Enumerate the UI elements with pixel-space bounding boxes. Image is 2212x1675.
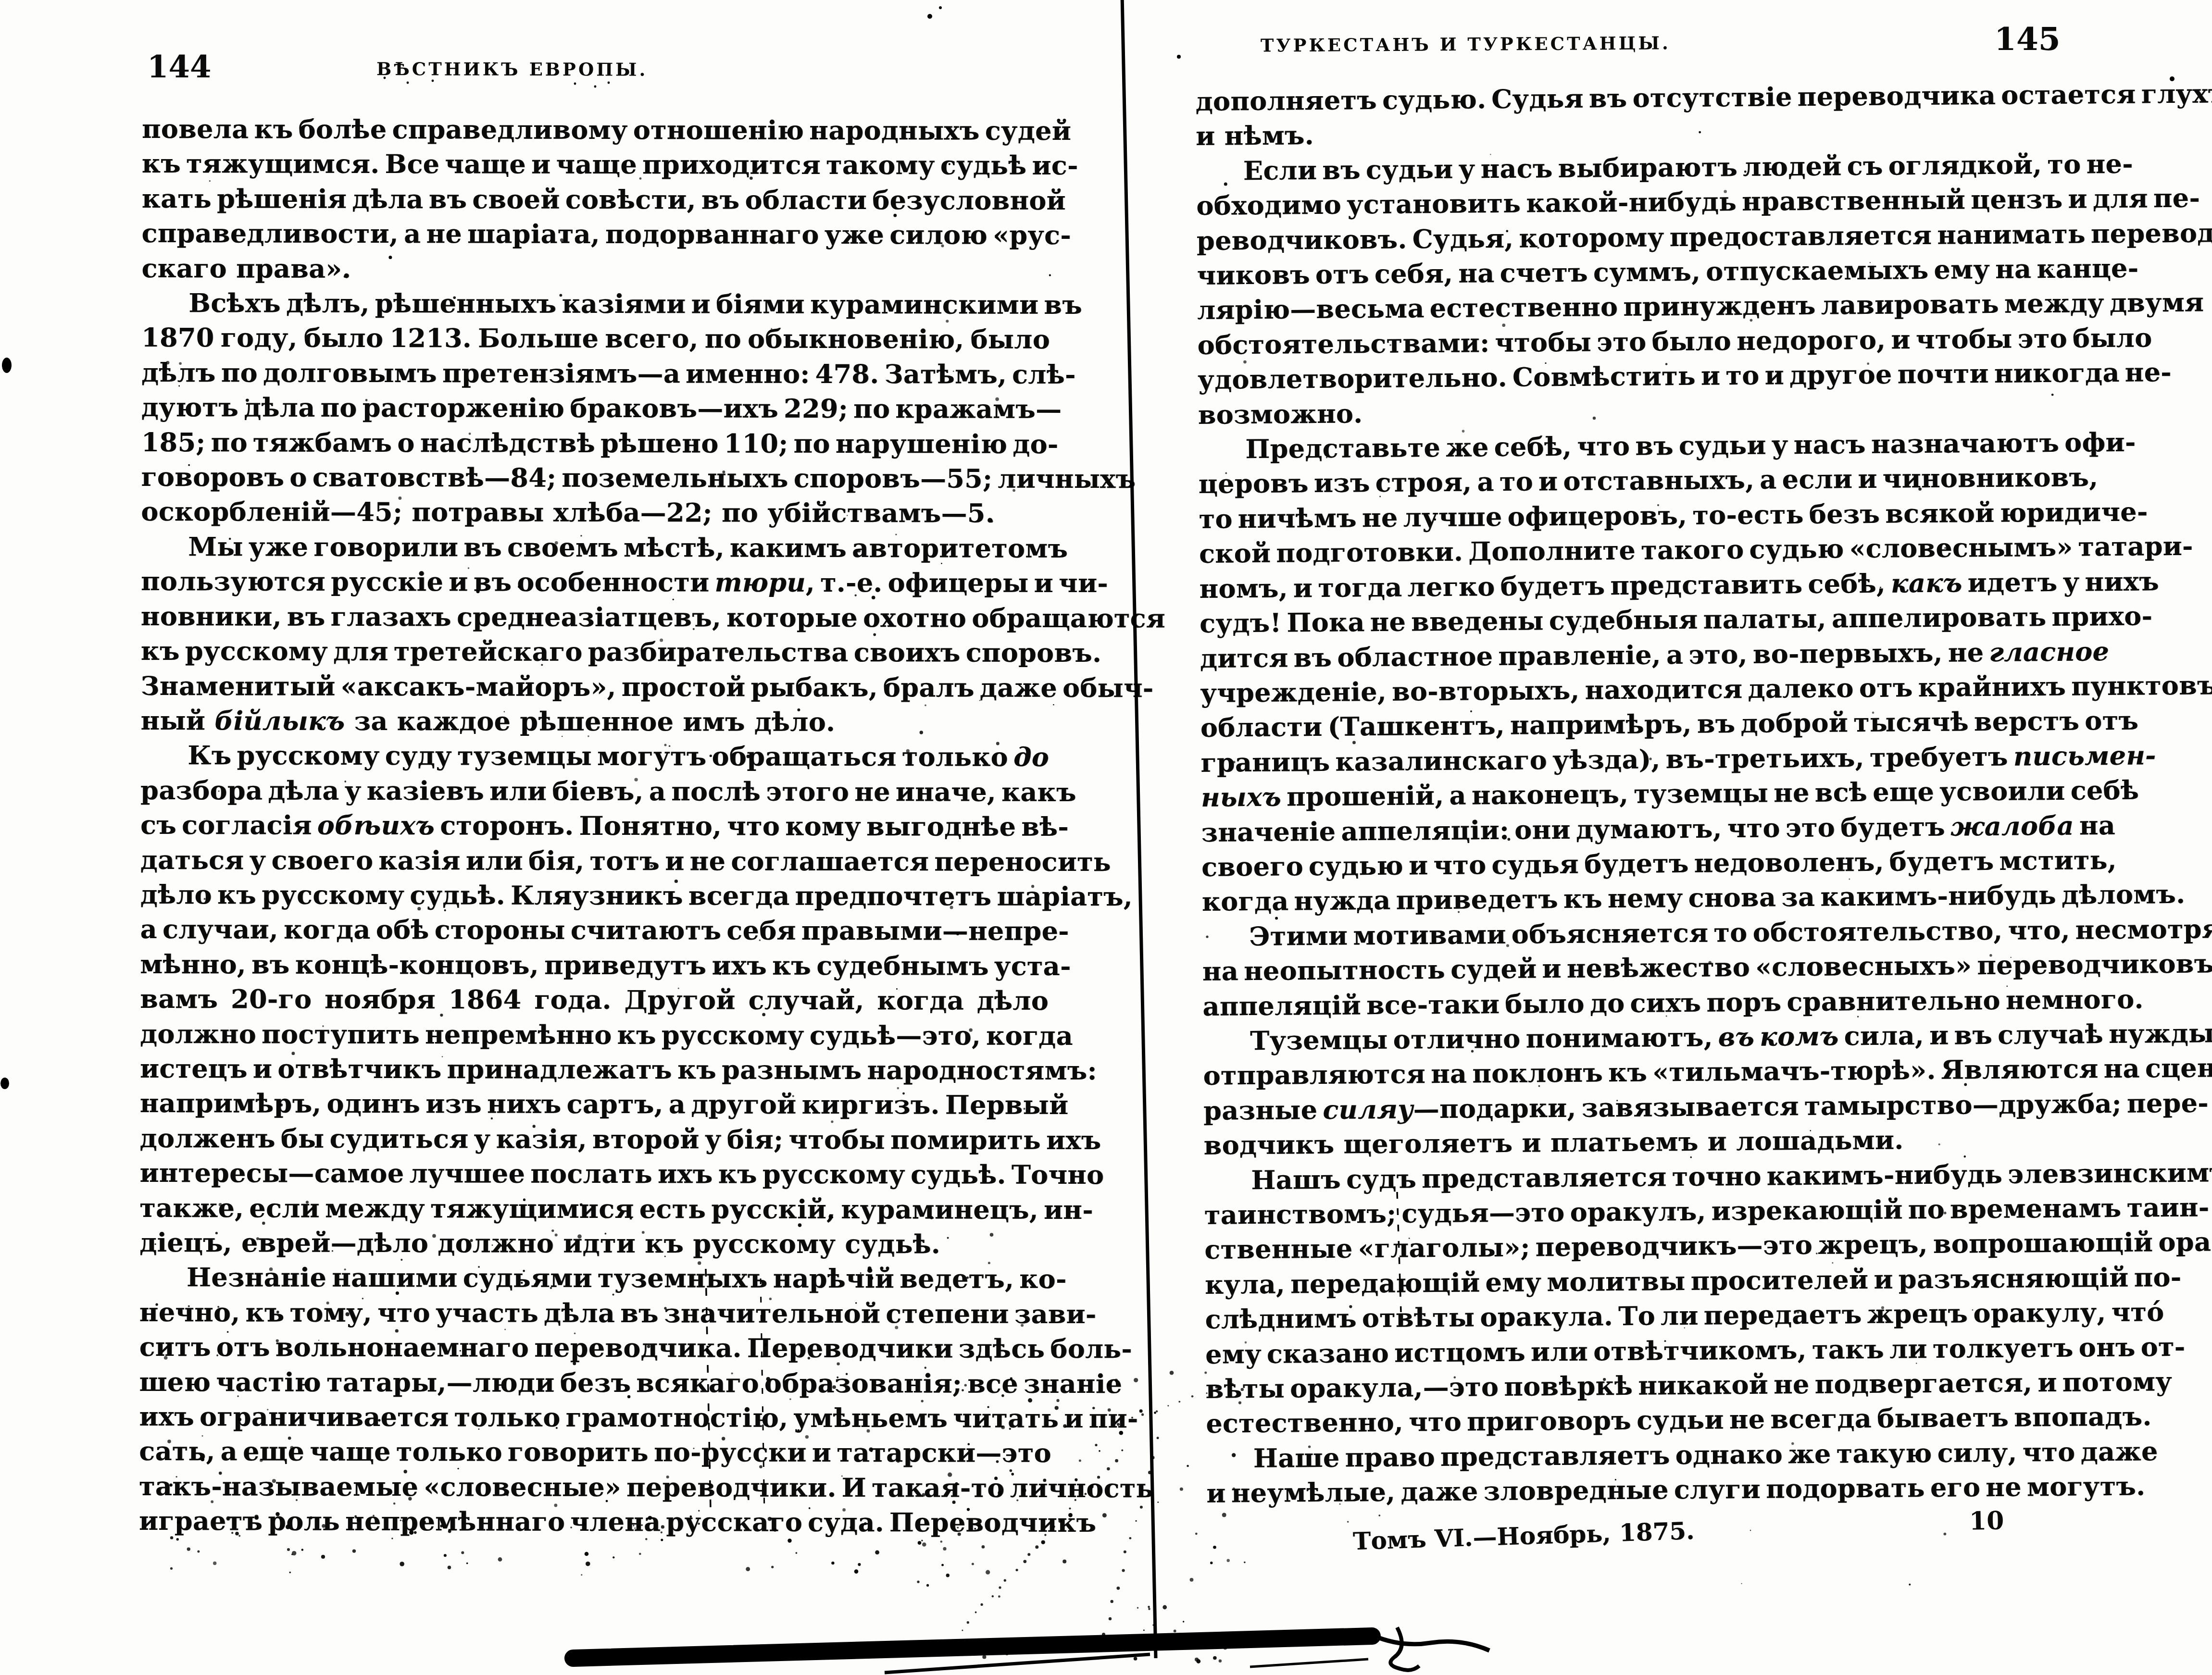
text-line: Туземцы отлично понимаютъ, въ комъ сила,…: [1203, 1017, 2051, 1058]
text-line: значеніе аппеляціи: они думаютъ, что это…: [1201, 808, 2050, 850]
text-line: номъ, и тогда легко будетъ представить с…: [1199, 565, 2048, 606]
text-line: судъ! Пока не введены судебныя палаты, а…: [1200, 599, 2048, 641]
text-line: когда нужда приведетъ къ нему снова за к…: [1201, 878, 2050, 919]
text-line: ственные «глаголы»; переводчикъ—это жрец…: [1204, 1226, 2053, 1267]
italic-emphasis: силяу: [1323, 1093, 1413, 1125]
italic-emphasis: гласное: [1989, 636, 2109, 668]
text-line: разные силяу—подарки, завязывается тамыр…: [1203, 1087, 2052, 1128]
italic-emphasis: въ комъ: [1718, 1020, 1838, 1052]
text-line: чиковъ отъ себя, на счетъ суммъ, отпуска…: [1197, 251, 2045, 293]
volume-footer-line: Томъ VI.—Ноябрь, 1875.: [1352, 1516, 1695, 1555]
page-right: 145 ТУРКЕСТАНЪ И ТУРКЕСТАНЦЫ. дополняетъ…: [0, 0, 2212, 1675]
text-line: лярію—весьма естественно принужденъ лави…: [1197, 286, 2046, 328]
text-line: то ничѣмъ не лучше офицеровъ, то-есть бе…: [1199, 495, 2047, 536]
text-line: возможно.: [1198, 391, 2046, 432]
text-line: обстоятельствами: чтобы это было недорог…: [1197, 321, 2046, 362]
text-line: церовъ изъ строя, а то и отставныхъ, а е…: [1199, 460, 2047, 502]
text-line: обходимо установить какой-нибудь нравств…: [1196, 182, 2045, 223]
text-line: удовлетворительно. Совмѣстить и то и дру…: [1198, 356, 2046, 397]
text-line: дополняетъ судью. Судья въ отсутствіе пе…: [1195, 77, 2044, 119]
text-line: аппеляцій все-таки было до сихъ поръ сра…: [1202, 982, 2051, 1024]
page-number-right: 145: [1994, 20, 2061, 58]
text-line: ской подготовки. Дополните такого судью …: [1199, 530, 2048, 571]
text-line: Если въ судьи у насъ выбираютъ людей съ …: [1196, 147, 2045, 188]
text-line: дится въ областное правленіе, а это, во-…: [1200, 634, 2048, 676]
text-line: границъ казалинскаго уѣзда), въ-третьихъ…: [1200, 739, 2049, 780]
text-line: отправляются на поклонъ къ «тильмачъ-тюр…: [1203, 1052, 2051, 1093]
text-line: ныхъ прошеній, а наконецъ, туземцы не вс…: [1201, 773, 2050, 815]
text-line: водчикъ щеголяетъ и платьемъ и лошадьми.: [1203, 1121, 2052, 1163]
text-line: Наше право представляетъ однако же такую…: [1206, 1435, 2055, 1476]
text-line: естественно, что приговоръ судьи не всег…: [1206, 1400, 2054, 1441]
text-line: учрежденіе, во-вторыхъ, находится далеко…: [1200, 669, 2049, 710]
italic-emphasis: жалоба: [1950, 810, 2074, 842]
text-line: Представьте же себѣ, что въ судьи у насъ…: [1198, 425, 2047, 467]
text-line: ему сказано истцомъ или отвѣтчикомъ, так…: [1205, 1330, 2054, 1372]
text-line: и неумѣлые, даже зловредные слуги подорв…: [1206, 1469, 2055, 1511]
italic-emphasis: ныхъ: [1201, 782, 1281, 813]
text-line: своего судью и что судья будетъ недоволе…: [1201, 843, 2050, 884]
signature-mark: 10: [1969, 1506, 2004, 1536]
text-line: и нѣмъ.: [1196, 112, 2044, 154]
text-line: Нашъ судъ представляется точно какимъ-ни…: [1204, 1156, 2052, 1198]
text-line: на неопытность судей и невѣжество «слове…: [1202, 947, 2051, 989]
text-line: таинствомъ; судья—это оракулъ, изрекающі…: [1204, 1191, 2053, 1232]
running-title-right: ТУРКЕСТАНЪ И ТУРКЕСТАНЦЫ.: [1261, 32, 1671, 56]
text-line: слѣднимъ отвѣты оракула. То ли передаетъ…: [1205, 1295, 2053, 1337]
text-line: области (Ташкентъ, напримѣръ, въ доброй …: [1200, 704, 2049, 745]
italic-emphasis: письмен-: [2013, 740, 2156, 771]
text-column-right: дополняетъ судью. Судья въ отсутствіе пе…: [1195, 77, 2054, 1511]
text-line: вѣты оракула,—это повѣркѣ никакой не под…: [1205, 1365, 2054, 1406]
book-spread: 144 ВѢСТНИКЪ ЕВРОПЫ. повела къ болѣе спр…: [0, 0, 2212, 1675]
text-line: кула, передающій ему молитвы просителей …: [1205, 1261, 2053, 1302]
italic-emphasis: какъ: [1891, 567, 1962, 598]
text-line: Этими мотивами объясняется то обстоятель…: [1202, 913, 2050, 954]
text-line: реводчиковъ. Судья, которому предоставля…: [1197, 217, 2045, 258]
